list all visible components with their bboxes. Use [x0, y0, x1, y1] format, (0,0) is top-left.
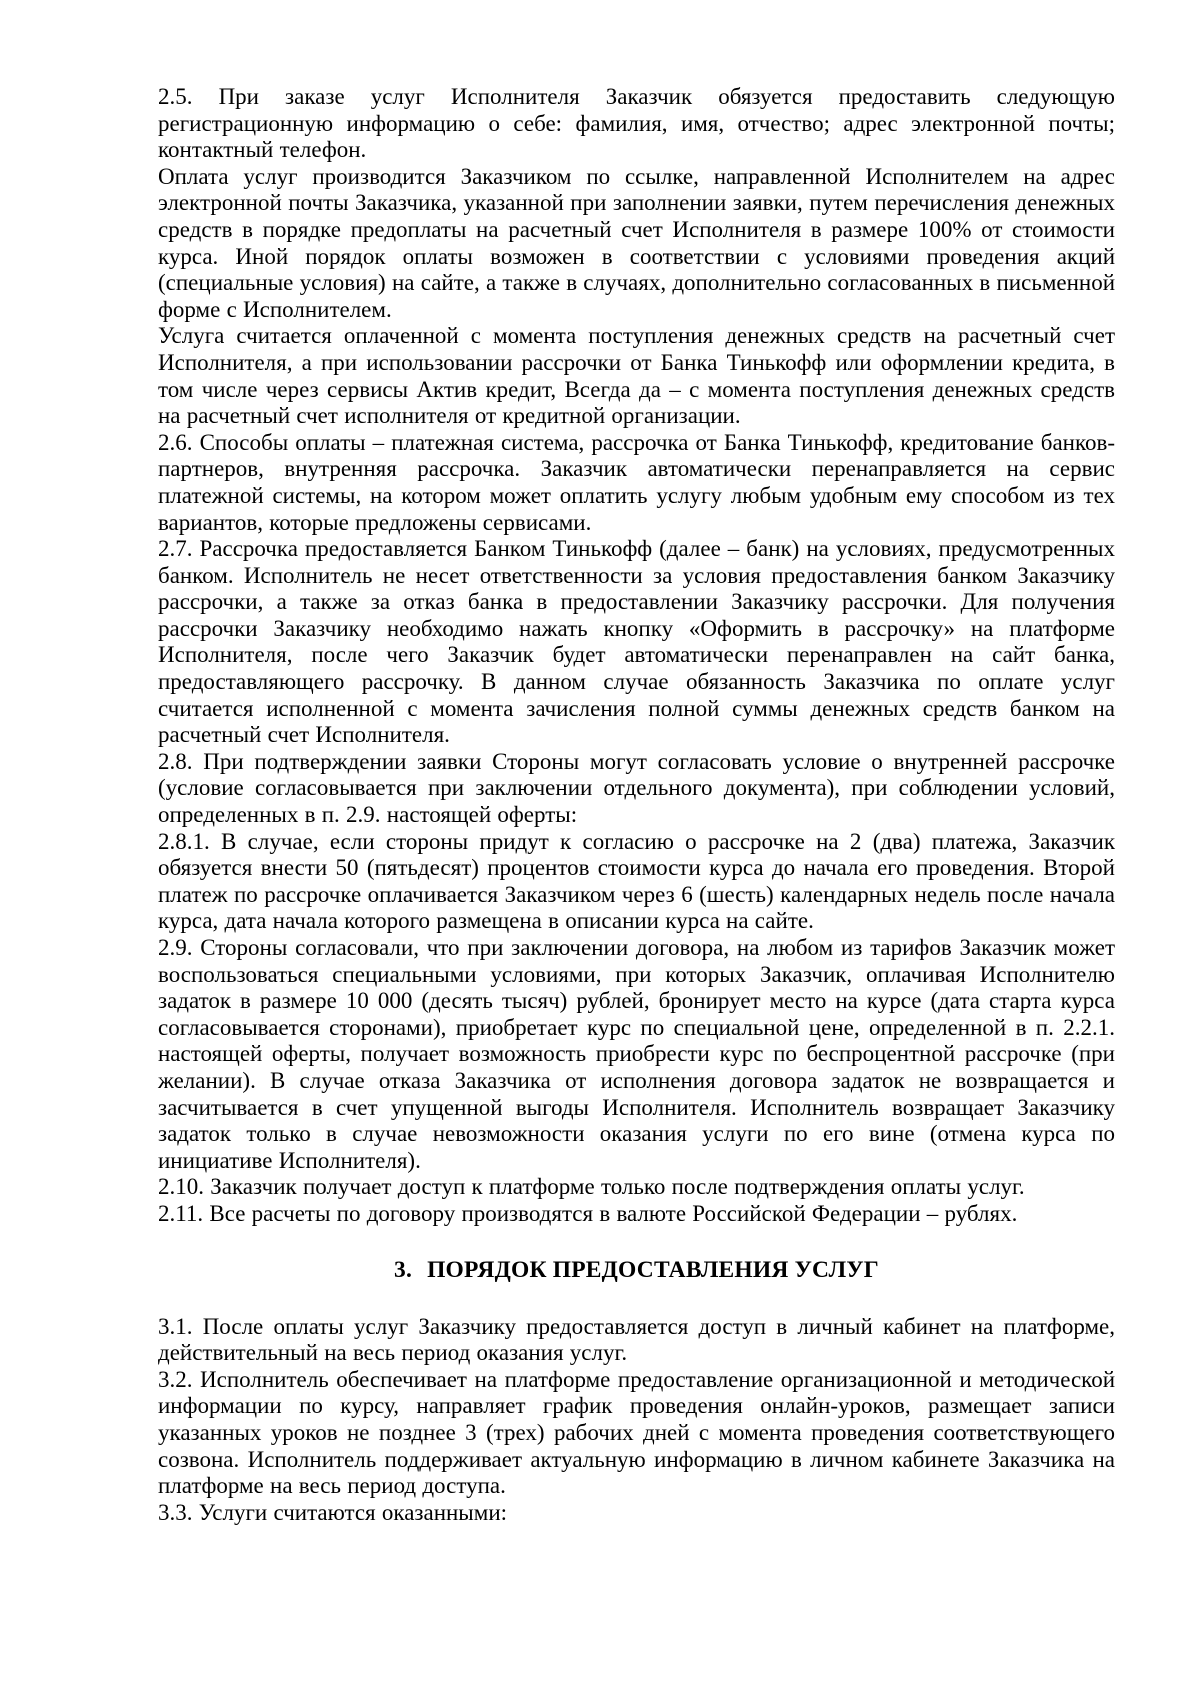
paragraph-2-8-1: 2.8.1. В случае, если стороны придут к с… — [158, 829, 1115, 935]
paragraph-payment-confirmation: Услуга считается оплаченной с момента по… — [158, 323, 1115, 429]
document-page: 2.5. При заказе услуг Исполнителя Заказч… — [0, 0, 1200, 1697]
section-heading-title: ПОРЯДОК ПРЕДОСТАВЛЕНИЯ УСЛУГ — [427, 1257, 879, 1283]
paragraph-3-3: 3.3. Услуги считаются оказанными: — [158, 1500, 1115, 1527]
paragraph-payment-order: Оплата услуг производится Заказчиком по … — [158, 164, 1115, 324]
section-heading-number: 3. — [394, 1257, 412, 1283]
paragraph-2-11: 2.11. Все расчеты по договору производят… — [158, 1201, 1115, 1228]
document-body: 2.5. При заказе услуг Исполнителя Заказч… — [158, 84, 1115, 1526]
paragraph-3-1: 3.1. После оплаты услуг Заказчику предос… — [158, 1314, 1115, 1367]
paragraph-2-8: 2.8. При подтверждении заявки Стороны мо… — [158, 749, 1115, 829]
paragraph-2-6: 2.6. Способы оплаты – платежная система,… — [158, 430, 1115, 536]
paragraph-2-7: 2.7. Рассрочка предоставляется Банком Ти… — [158, 536, 1115, 749]
paragraph-2-9: 2.9. Стороны согласовали, что при заключ… — [158, 935, 1115, 1174]
paragraph-3-2: 3.2. Исполнитель обеспечивает на платфор… — [158, 1367, 1115, 1500]
paragraph-2-5: 2.5. При заказе услуг Исполнителя Заказч… — [158, 84, 1115, 164]
section-heading-3: 3.ПОРЯДОК ПРЕДОСТАВЛЕНИЯ УСЛУГ — [158, 1257, 1115, 1284]
paragraph-2-10: 2.10. Заказчик получает доступ к платфор… — [158, 1174, 1115, 1201]
